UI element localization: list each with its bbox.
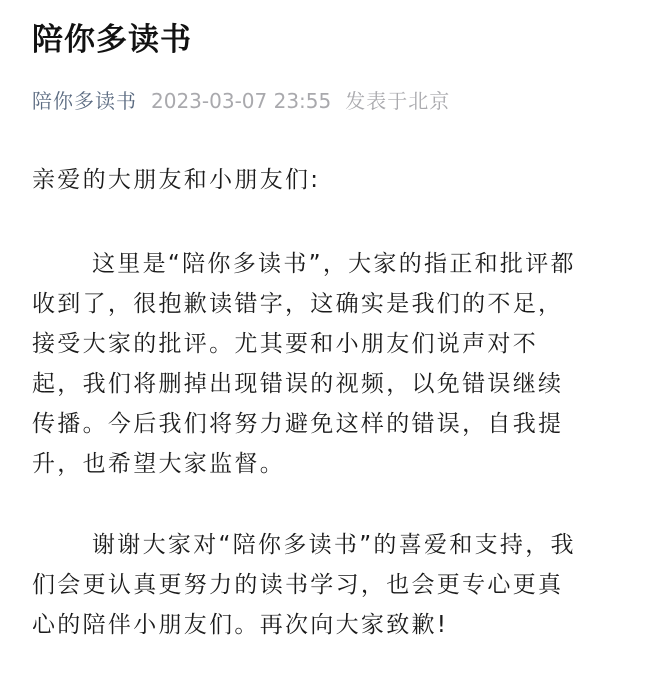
paragraph-thanks: 谢谢大家对“陪你多读书”的喜爱和支持，我 们会更认真更努力的读书学习，也会更专心…	[32, 525, 636, 645]
greeting: 亲爱的大朋友和小朋友们:	[32, 160, 320, 200]
publish-location: 发表于北京	[345, 89, 450, 113]
publish-datetime: 2023-03-07 23:55	[151, 89, 331, 113]
paragraph-line: 收到了，很抱歉读错字，这确实是我们的不足，	[32, 284, 636, 324]
paragraph-line: 谢谢大家对“陪你多读书”的喜爱和支持，我	[32, 525, 636, 565]
paragraph-line: 起，我们将删掉出现错误的视频，以免错误继续	[32, 364, 636, 404]
author-link[interactable]: 陪你多读书	[32, 89, 137, 113]
paragraph-line: 们会更认真更努力的读书学习，也会更专心更真	[32, 565, 636, 605]
paragraph-line: 升，也希望大家监督。	[32, 444, 636, 484]
paragraph-line: 传播。今后我们将努力避免这样的错误，自我提	[32, 404, 636, 444]
article-meta: 陪你多读书2023-03-07 23:55发表于北京	[32, 86, 450, 116]
article-title: 陪你多读书	[32, 18, 192, 62]
paragraph-line: 这里是“陪你多读书”，大家的指正和批评都	[32, 244, 636, 284]
paragraph-line: 接受大家的批评。尤其要和小朋友们说声对不	[32, 324, 636, 364]
paragraph-line: 心的陪伴小朋友们。再次向大家致歉!	[32, 605, 636, 645]
paragraph-apology: 这里是“陪你多读书”，大家的指正和批评都 收到了，很抱歉读错字，这确实是我们的不…	[32, 244, 636, 484]
